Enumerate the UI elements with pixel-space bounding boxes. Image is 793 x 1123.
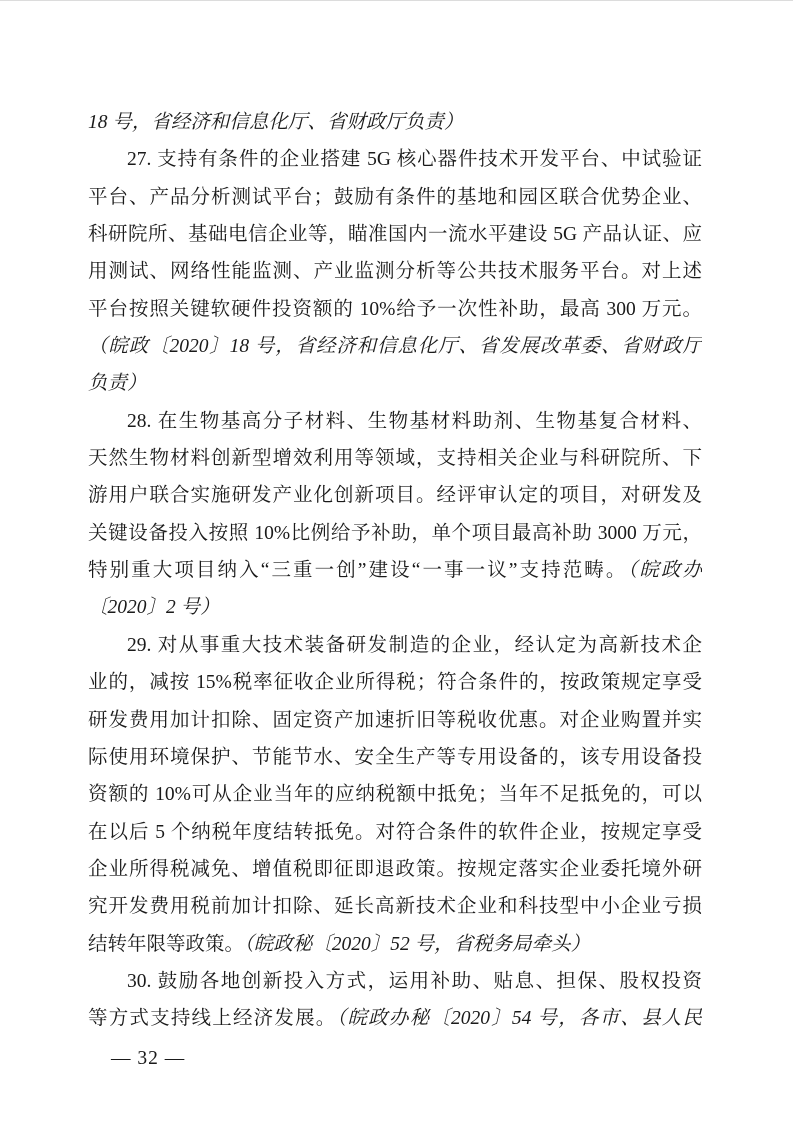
text-line: 际使用环境保护、节能节水、安全生产等专用设备的，该专用设备投 — [88, 739, 702, 776]
text-line: 〔2020〕2 号） — [88, 589, 702, 626]
text-run: 关键设备投入按照 10%比例给予补助，单个项目最高补助 3000 万元， — [88, 523, 702, 544]
text-run: 研发费用加计扣除、固定资产加速折旧等税收优惠。对企业购置并实 — [88, 710, 702, 731]
text-line: 29. 对从事重大技术装备研发制造的企业，经认定为高新技术企 — [88, 627, 702, 664]
citation-run: （皖政秘〔2020〕52 号，省税务局牵头） — [244, 934, 590, 955]
citation-run: 18 号，省经济和信息化厅、省财政厅负责） — [88, 112, 463, 133]
text-line: 究开发费用税前加计扣除、延长高新技术企业和科技型中小企业亏损 — [88, 888, 702, 925]
text-line: 等方式支持线上经济发展。（皖政办秘〔2020〕54 号，各市、县人民 — [88, 1000, 702, 1037]
text-line: 28. 在生物基高分子材料、生物基材料助剂、生物基复合材料、 — [88, 403, 702, 440]
text-line: 游用户联合实施研发产业化创新项目。经评审认定的项目，对研发及 — [88, 477, 702, 514]
text-line: 科研院所、基础电信企业等，瞄准国内一流水平建设 5G 产品认证、应 — [88, 216, 702, 253]
text-line: 关键设备投入按照 10%比例给予补助，单个项目最高补助 3000 万元， — [88, 515, 702, 552]
text-run: 在以后 5 个纳税年度结转抵免。对符合条件的软件企业，按规定享受 — [88, 822, 702, 843]
text-line: 平台按照关键软硬件投资额的 10%给予一次性补助，最高 300 万元。 — [88, 291, 702, 328]
text-line: 特别重大项目纳入“三重一创”建设“一事一议”支持范畴。（皖政办 — [88, 552, 702, 589]
text-run: 资额的 10%可从企业当年的应纳税额中抵免；当年不足抵免的，可以 — [88, 784, 702, 805]
page-number: — 32 — — [111, 1047, 185, 1071]
text-line: 企业所得税减免、增值税即征即退政策。按规定落实企业委托境外研 — [88, 851, 702, 888]
citation-run: （皖政〔2020〕18 号，省经济和信息化厅、省发展改革委、省财政厅 — [88, 336, 702, 357]
text-line: 用测试、网络性能监测、产业监测分析等公共技术服务平台。对上述 — [88, 253, 702, 290]
text-line: 结转年限等政策。（皖政秘〔2020〕52 号，省税务局牵头） — [88, 926, 702, 963]
text-line: 平台、产品分析测试平台；鼓励有条件的基地和园区联合优势企业、 — [88, 179, 702, 216]
text-line: 27. 支持有条件的企业搭建 5G 核心器件技术开发平台、中试验证 — [88, 141, 702, 178]
text-line: 业的，减按 15%税率征收企业所得税；符合条件的，按政策规定享受 — [88, 664, 702, 701]
text-run: 企业所得税减免、增值税即征即退政策。按规定落实企业委托境外研 — [88, 859, 702, 880]
citation-run: 负责） — [88, 373, 147, 394]
text-line: 30. 鼓励各地创新投入方式，运用补助、贴息、担保、股权投资 — [88, 963, 702, 1000]
text-run: 29. 对从事重大技术装备研发制造的企业，经认定为高新技术企 — [127, 635, 702, 656]
text-run: 平台、产品分析测试平台；鼓励有条件的基地和园区联合优势企业、 — [88, 187, 702, 208]
text-line: 负责） — [88, 365, 702, 402]
text-run: 天然生物材料创新型增效利用等领域，支持相关企业与科研院所、下 — [88, 448, 702, 469]
document-body: 18 号，省经济和信息化厅、省财政厅负责）27. 支持有条件的企业搭建 5G 核… — [88, 104, 702, 1038]
citation-run: （皖政办 — [627, 560, 702, 581]
citation-run: 〔2020〕2 号） — [88, 597, 220, 618]
document-page: 18 号，省经济和信息化厅、省财政厅负责）27. 支持有条件的企业搭建 5G 核… — [0, 0, 793, 1123]
text-run: 用测试、网络性能监测、产业监测分析等公共技术服务平台。对上述 — [88, 261, 702, 282]
text-line: （皖政〔2020〕18 号，省经济和信息化厅、省发展改革委、省财政厅 — [88, 328, 702, 365]
text-run: 结转年限等政策。 — [88, 934, 244, 955]
text-run: 特别重大项目纳入“三重一创”建设“一事一议”支持范畴。 — [88, 560, 627, 581]
text-line: 资额的 10%可从企业当年的应纳税额中抵免；当年不足抵免的，可以 — [88, 776, 702, 813]
text-run: 28. 在生物基高分子材料、生物基材料助剂、生物基复合材料、 — [127, 411, 702, 432]
text-line: 天然生物材料创新型增效利用等领域，支持相关企业与科研院所、下 — [88, 440, 702, 477]
text-run: 等方式支持线上经济发展。 — [88, 1008, 337, 1029]
text-line: 18 号，省经济和信息化厅、省财政厅负责） — [88, 104, 702, 141]
text-run: 际使用环境保护、节能节水、安全生产等专用设备的，该专用设备投 — [88, 747, 702, 768]
text-run: 30. 鼓励各地创新投入方式，运用补助、贴息、担保、股权投资 — [127, 971, 702, 992]
text-run: 平台按照关键软硬件投资额的 10%给予一次性补助，最高 300 万元。 — [88, 299, 702, 320]
text-line: 研发费用加计扣除、固定资产加速折旧等税收优惠。对企业购置并实 — [88, 702, 702, 739]
text-run: 科研院所、基础电信企业等，瞄准国内一流水平建设 5G 产品认证、应 — [88, 224, 702, 245]
citation-run: （皖政办秘〔2020〕54 号，各市、县人民 — [337, 1008, 702, 1029]
text-run: 究开发费用税前加计扣除、延长高新技术企业和科技型中小企业亏损 — [88, 896, 702, 917]
page-number-label: — 32 — — [111, 1048, 185, 1069]
text-line: 在以后 5 个纳税年度结转抵免。对符合条件的软件企业，按规定享受 — [88, 814, 702, 851]
text-run: 业的，减按 15%税率征收企业所得税；符合条件的，按政策规定享受 — [88, 672, 702, 693]
text-run: 游用户联合实施研发产业化创新项目。经评审认定的项目，对研发及 — [88, 485, 702, 506]
text-run: 27. 支持有条件的企业搭建 5G 核心器件技术开发平台、中试验证 — [127, 149, 702, 170]
